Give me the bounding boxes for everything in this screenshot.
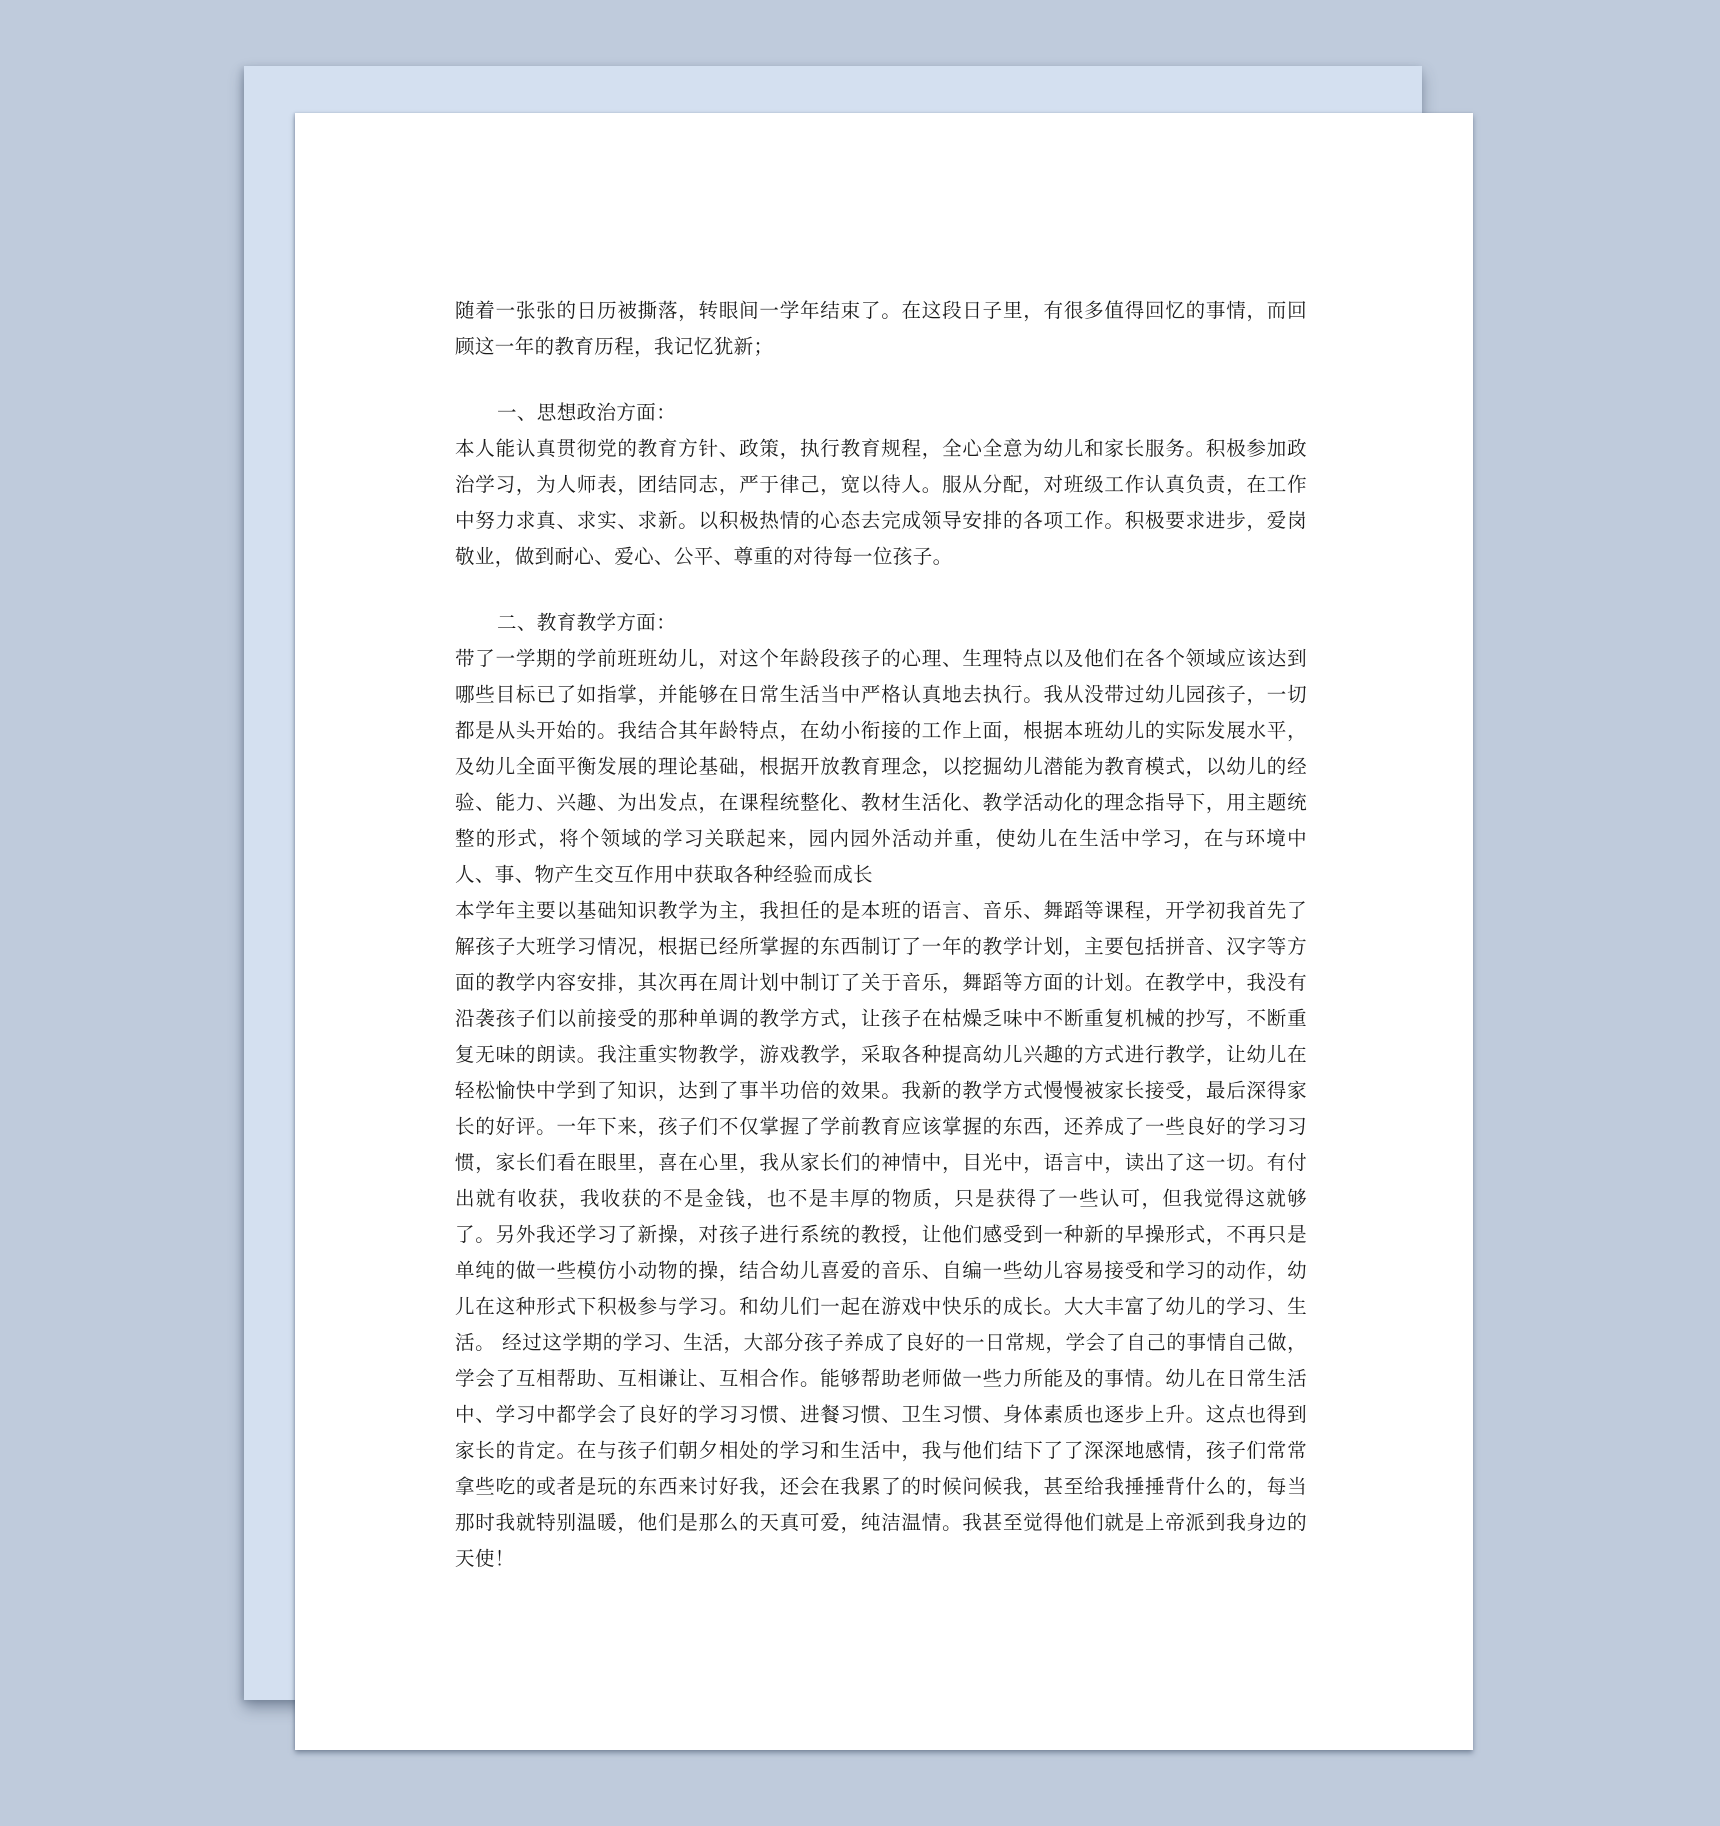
document-body: 随着一张张的日历被撕落，转眼间一学年结束了。在这段日子里，有很多值得回忆的事情，… [455,293,1307,1577]
intro-paragraph: 随着一张张的日历被撕落，转眼间一学年结束了。在这段日子里，有很多值得回忆的事情，… [455,293,1307,365]
section-heading-politics: 一、思想政治方面： [455,395,1307,431]
section-teaching-paragraph-2: 本学年主要以基础知识教学为主，我担任的是本班的语言、音乐、舞蹈等课程，开学初我首… [455,893,1307,1577]
section-politics-paragraph: 本人能认真贯彻党的教育方针、政策，执行教育规程，全心全意为幼儿和家长服务。积极参… [455,431,1307,575]
paragraph-gap [455,365,1307,395]
document-page: 随着一张张的日历被撕落，转眼间一学年结束了。在这段日子里，有很多值得回忆的事情，… [295,113,1473,1750]
paragraph-gap [455,575,1307,605]
section-heading-teaching: 二、教育教学方面： [455,605,1307,641]
section-teaching-paragraph-1: 带了一学期的学前班班幼儿，对这个年龄段孩子的心理、生理特点以及他们在各个领域应该… [455,641,1307,893]
